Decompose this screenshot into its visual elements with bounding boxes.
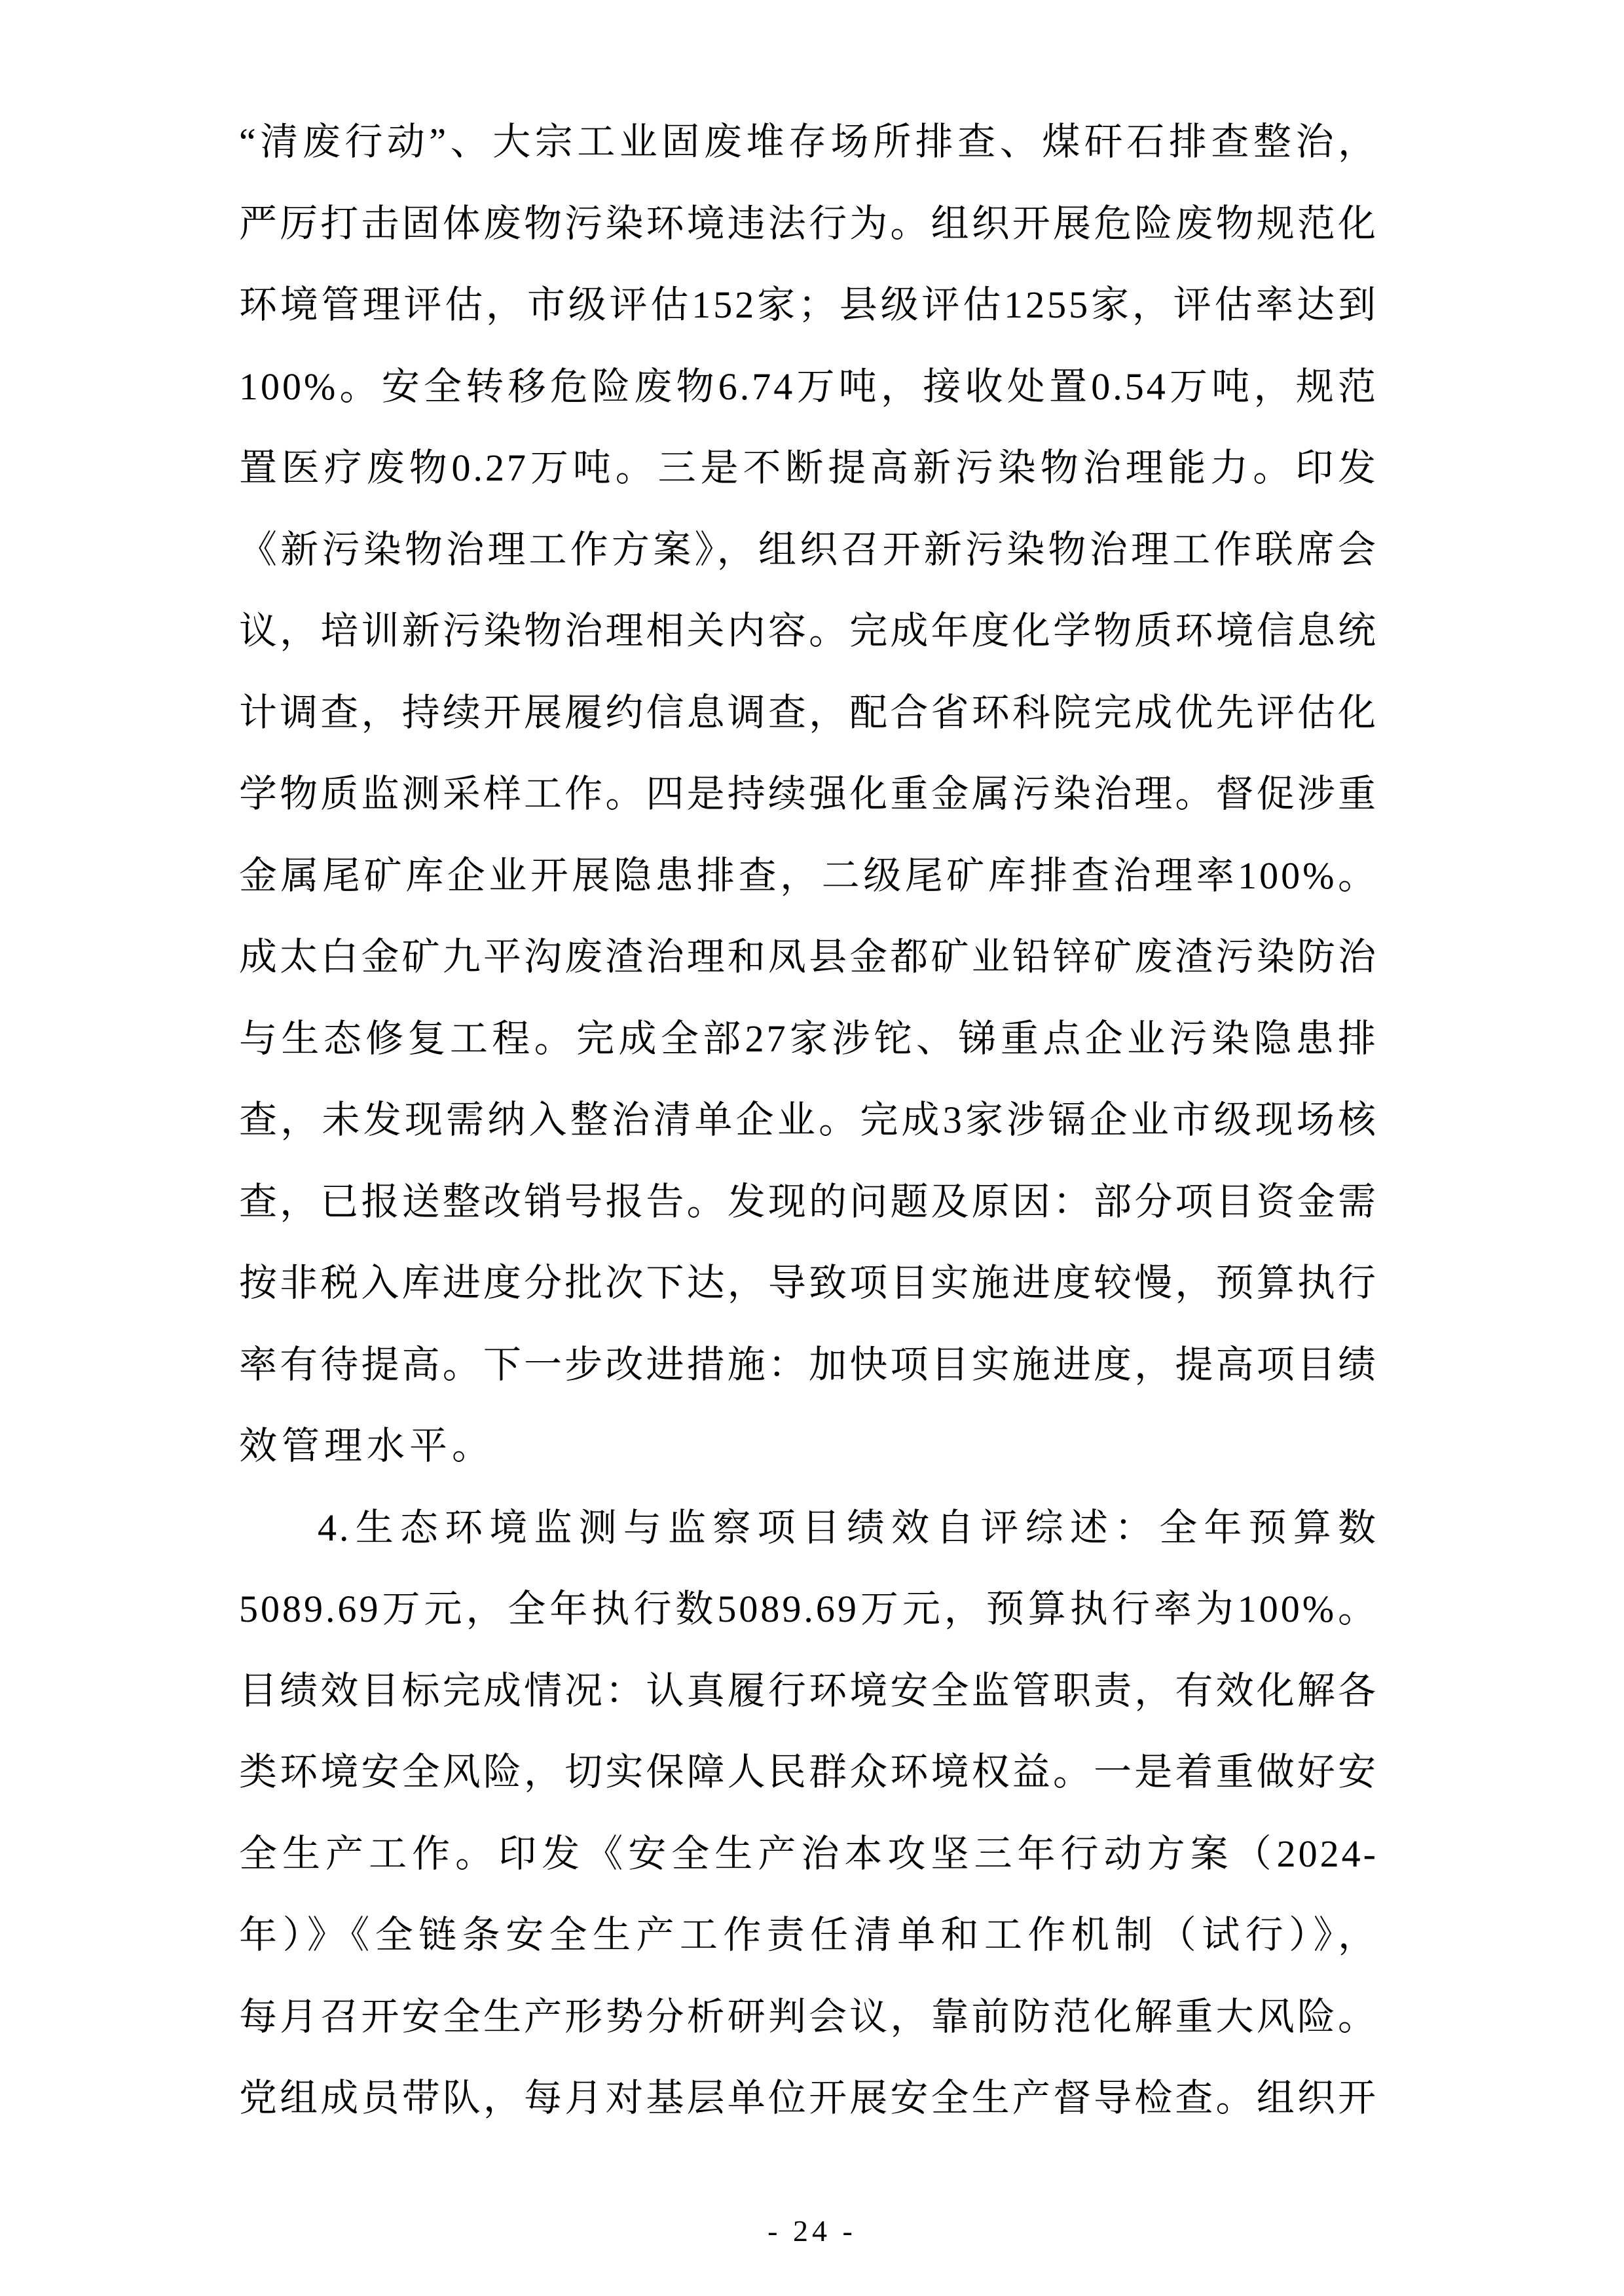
- text-line: 查，已报送整改销号报告。发现的问题及原因：部分项目资金需: [239, 1161, 1378, 1243]
- text-line: 查，未发现需纳入整治清单企业。完成3家涉镉企业市级现场核: [239, 1080, 1378, 1161]
- text-line: 《新污染物治理工作方案》，组织召开新污染物治理工作联席会: [239, 509, 1378, 591]
- text-line: 年）》《全链条安全生产工作责任清单和工作机制（试行）》，: [239, 1895, 1378, 1977]
- text-line: 学物质监测采样工作。四是持续强化重金属污染治理。督促涉重: [239, 754, 1378, 835]
- text-line: 议，培训新污染物治理相关内容。完成年度化学物质环境信息统: [239, 591, 1378, 672]
- text-line: 全生产工作。印发《安全生产治本攻坚三年行动方案（2024-2026: [239, 1813, 1378, 1895]
- text-line: “清废行动”、大宗工业固废堆存场所排查、煤矸石排查整治，: [239, 101, 1378, 183]
- text-column: “清废行动”、大宗工业固废堆存场所排查、煤矸石排查整治， 严厉打击固体废物污染环…: [239, 101, 1378, 2140]
- text-line: 金属尾矿库企业开展隐患排查，二级尾矿库排查治理率100%。完: [239, 835, 1378, 917]
- text-line: 严厉打击固体废物污染环境违法行为。组织开展危险废物规范化: [239, 183, 1378, 265]
- text-line: 置医疗废物0.27万吨。三是不断提高新污染物治理能力。印发: [239, 428, 1378, 509]
- text-line: 与生态修复工程。完成全部27家涉铊、锑重点企业污染隐患排: [239, 998, 1378, 1080]
- text-line: 类环境安全风险，切实保障人民群众环境权益。一是着重做好安: [239, 1732, 1378, 1813]
- document-page: “清废行动”、大宗工业固废堆存场所排查、煤矸石排查整治， 严厉打击固体废物污染环…: [0, 0, 1624, 2296]
- text-line: 每月召开安全生产形势分析研判会议，靠前防范化解重大风险。: [239, 1977, 1378, 2058]
- page-number: - 24 -: [0, 2212, 1624, 2251]
- text-line: 计调查，持续开展履约信息调查，配合省环科院完成优先评估化: [239, 672, 1378, 754]
- text-line: 环境管理评估，市级评估152家；县级评估1255家，评估率达到: [239, 264, 1378, 346]
- text-line: 成太白金矿九平沟废渣治理和凤县金都矿业铅锌矿废渣污染防治: [239, 917, 1378, 998]
- text-line-paragraph-end: 效管理水平。: [239, 1406, 1378, 1487]
- text-line: 党组成员带队，每月对基层单位开展安全生产督导检查。组织开: [239, 2058, 1378, 2140]
- text-line: 率有待提高。下一步改进措施：加快项目实施进度，提高项目绩: [239, 1324, 1378, 1406]
- text-line: 100%。安全转移危险废物6.74万吨，接收处置0.54万吨，规范处: [239, 346, 1378, 428]
- text-line: 按非税入库进度分批次下达，导致项目实施进度较慢，预算执行: [239, 1243, 1378, 1324]
- text-line-paragraph-start: 4.生态环境监测与监察项目绩效自评综述：全年预算数: [239, 1487, 1378, 1569]
- text-line: 目绩效目标完成情况：认真履行环境安全监管职责，有效化解各: [239, 1650, 1378, 1732]
- text-line: 5089.69万元，全年执行数5089.69万元，预算执行率为100%。项: [239, 1569, 1378, 1650]
